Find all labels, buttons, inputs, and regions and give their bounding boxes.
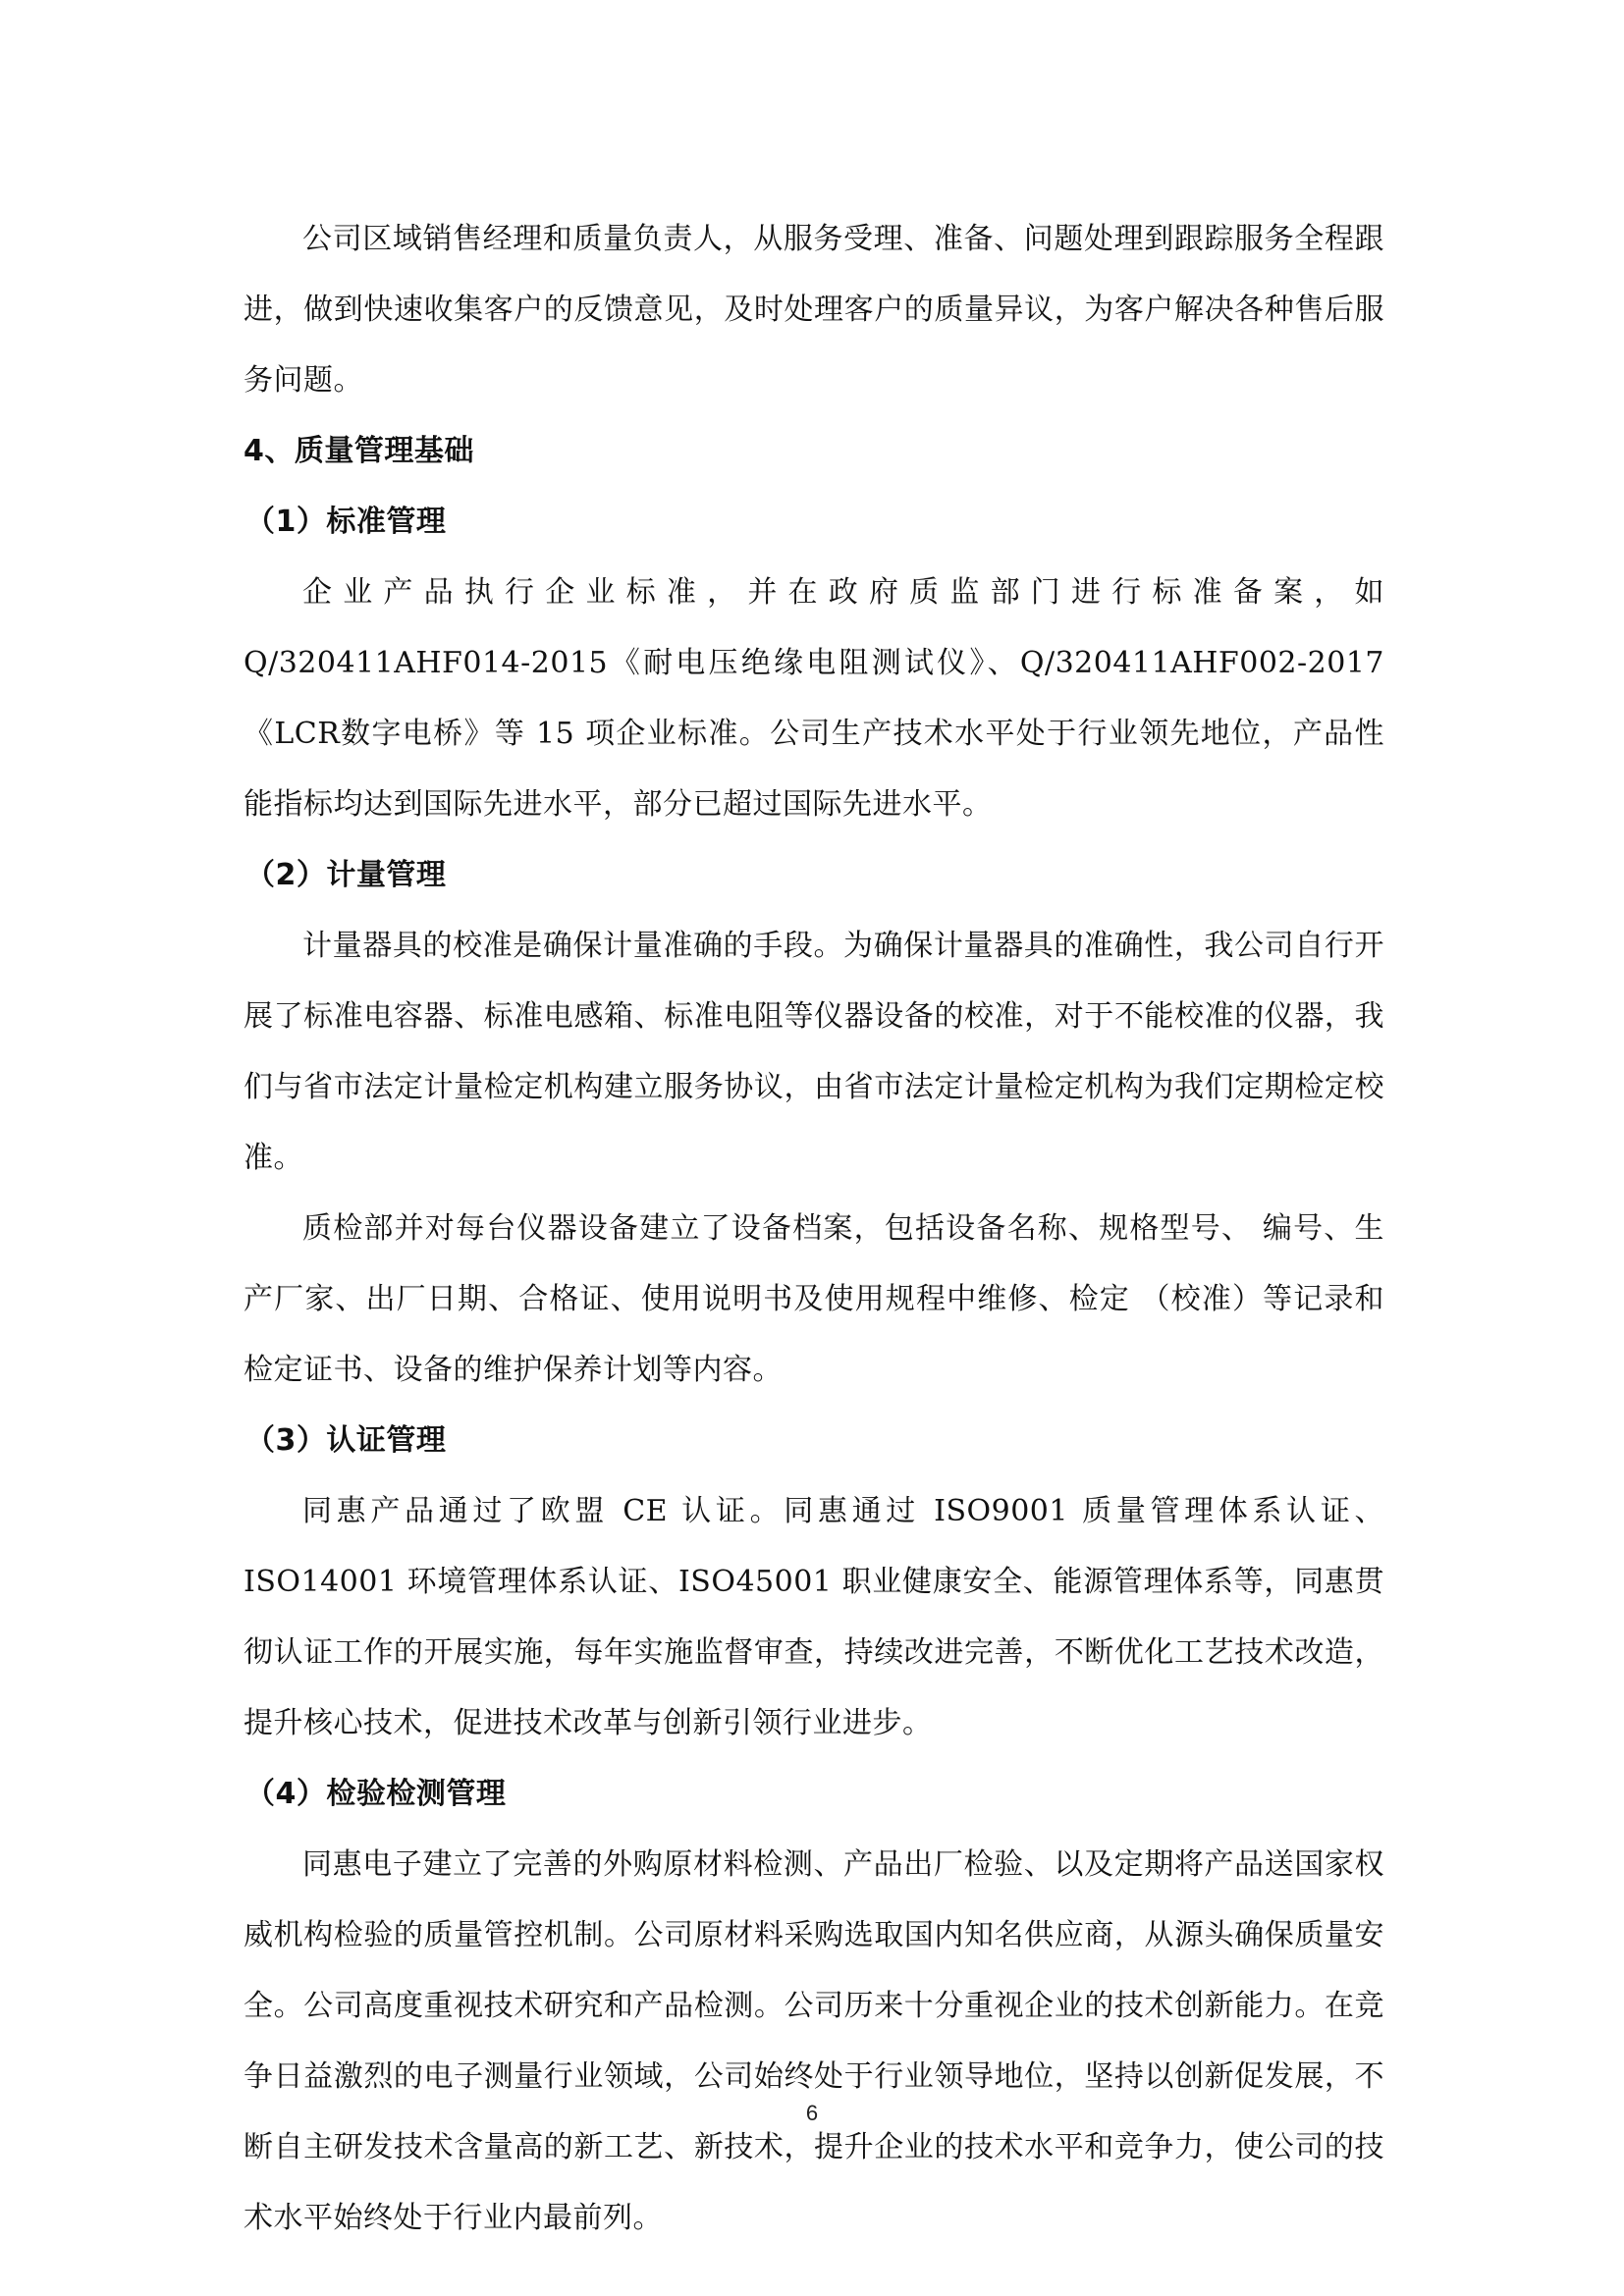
subheading-metrology-management: （2）计量管理 <box>244 840 1384 911</box>
document-page: 公司区域销售经理和质量负责人，从服务受理、准备、问题处理到跟踪服务全程跟进，做到… <box>244 204 1384 2254</box>
paragraph-standard-management: 企业产品执行企业标准，并在政府质监部门进行标准备案，如Q/320411AHF01… <box>244 558 1384 840</box>
section-heading-quality-management-basis: 4、质量管理基础 <box>244 416 1384 487</box>
paragraph-certification: 同惠产品通过了欧盟 CE 认证。同惠通过 ISO9001 质量管理体系认证、IS… <box>244 1476 1384 1759</box>
page-number: 6 <box>0 2101 1624 2126</box>
paragraph-equipment-archives: 质检部并对每台仪器设备建立了设备档案，包括设备名称、规格型号、 编号、生产厂家、… <box>244 1194 1384 1406</box>
paragraph-metrology-calibration: 计量器具的校准是确保计量准确的手段。为确保计量器具的准确性，我公司自行开展了标准… <box>244 911 1384 1194</box>
subheading-certification-management: （3）认证管理 <box>244 1406 1384 1476</box>
subheading-standard-management: （1）标准管理 <box>244 487 1384 558</box>
paragraph-after-sales-service: 公司区域销售经理和质量负责人，从服务受理、准备、问题处理到跟踪服务全程跟进，做到… <box>244 204 1384 416</box>
subheading-inspection-testing-management: （4）检验检测管理 <box>244 1759 1384 1830</box>
paragraph-inspection-testing: 同惠电子建立了完善的外购原材料检测、产品出厂检验、以及定期将产品送国家权威机构检… <box>244 1830 1384 2254</box>
